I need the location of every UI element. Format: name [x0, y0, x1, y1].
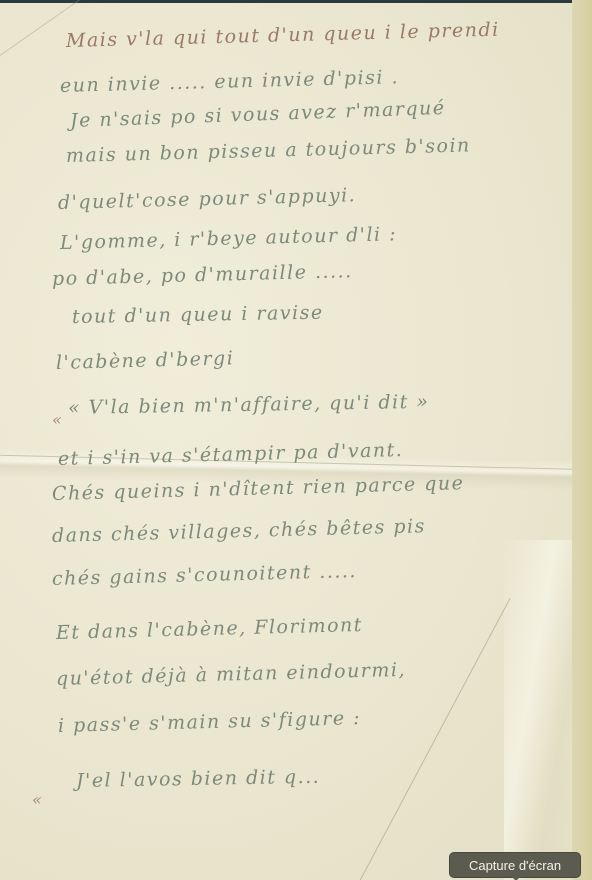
manuscript-line: et i s'in va s'étampir pa d'vant. — [58, 439, 404, 470]
scanned-manuscript-page: Mais v'la qui tout d'un queu i le prendi… — [0, 0, 592, 880]
manuscript-line: chés gains s'counoitent ..... — [52, 560, 358, 590]
handwritten-text: Mais v'la qui tout d'un queu i le prendi… — [0, 0, 592, 880]
manuscript-line: Mais v'la qui tout d'un queu i le prendi — [66, 19, 500, 52]
screenshot-capture-button[interactable]: Capture d'écran — [449, 852, 581, 878]
manuscript-line: po d'abe, po d'muraille ..... — [52, 260, 353, 290]
manuscript-line: Chés queins i n'dîtent rien parce que — [52, 472, 465, 505]
manuscript-line: l'cabène d'bergi — [56, 347, 235, 374]
manuscript-line: mais un bon pisseu a toujours b'soin — [66, 134, 471, 167]
margin-quote-mark: « — [32, 790, 42, 809]
manuscript-line: Je n'sais po si vous avez r'marqué — [70, 97, 446, 132]
manuscript-line: L'gomme, i r'beye autour d'li : — [60, 223, 398, 254]
manuscript-line: « V'la bien m'n'affaire, qu'i dit » — [68, 391, 430, 419]
manuscript-line: qu'étot déjà à mitan eindourmi, — [56, 659, 407, 690]
manuscript-line: d'quelt'cose pour s'appuyi. — [58, 184, 357, 214]
manuscript-line: Et dans l'cabène, Florimont — [56, 614, 363, 644]
manuscript-line: i pass'e s'main su s'figure : — [58, 707, 362, 737]
manuscript-line: dans chés villages, chés bêtes pis — [52, 515, 426, 547]
manuscript-line: J'el l'avos bien dit q... — [76, 766, 321, 792]
manuscript-line: tout d'un queu i ravise — [72, 302, 324, 328]
manuscript-line: eun invie ..... eun invie d'pisi . — [60, 66, 400, 97]
margin-quote-mark: « — [52, 410, 62, 429]
